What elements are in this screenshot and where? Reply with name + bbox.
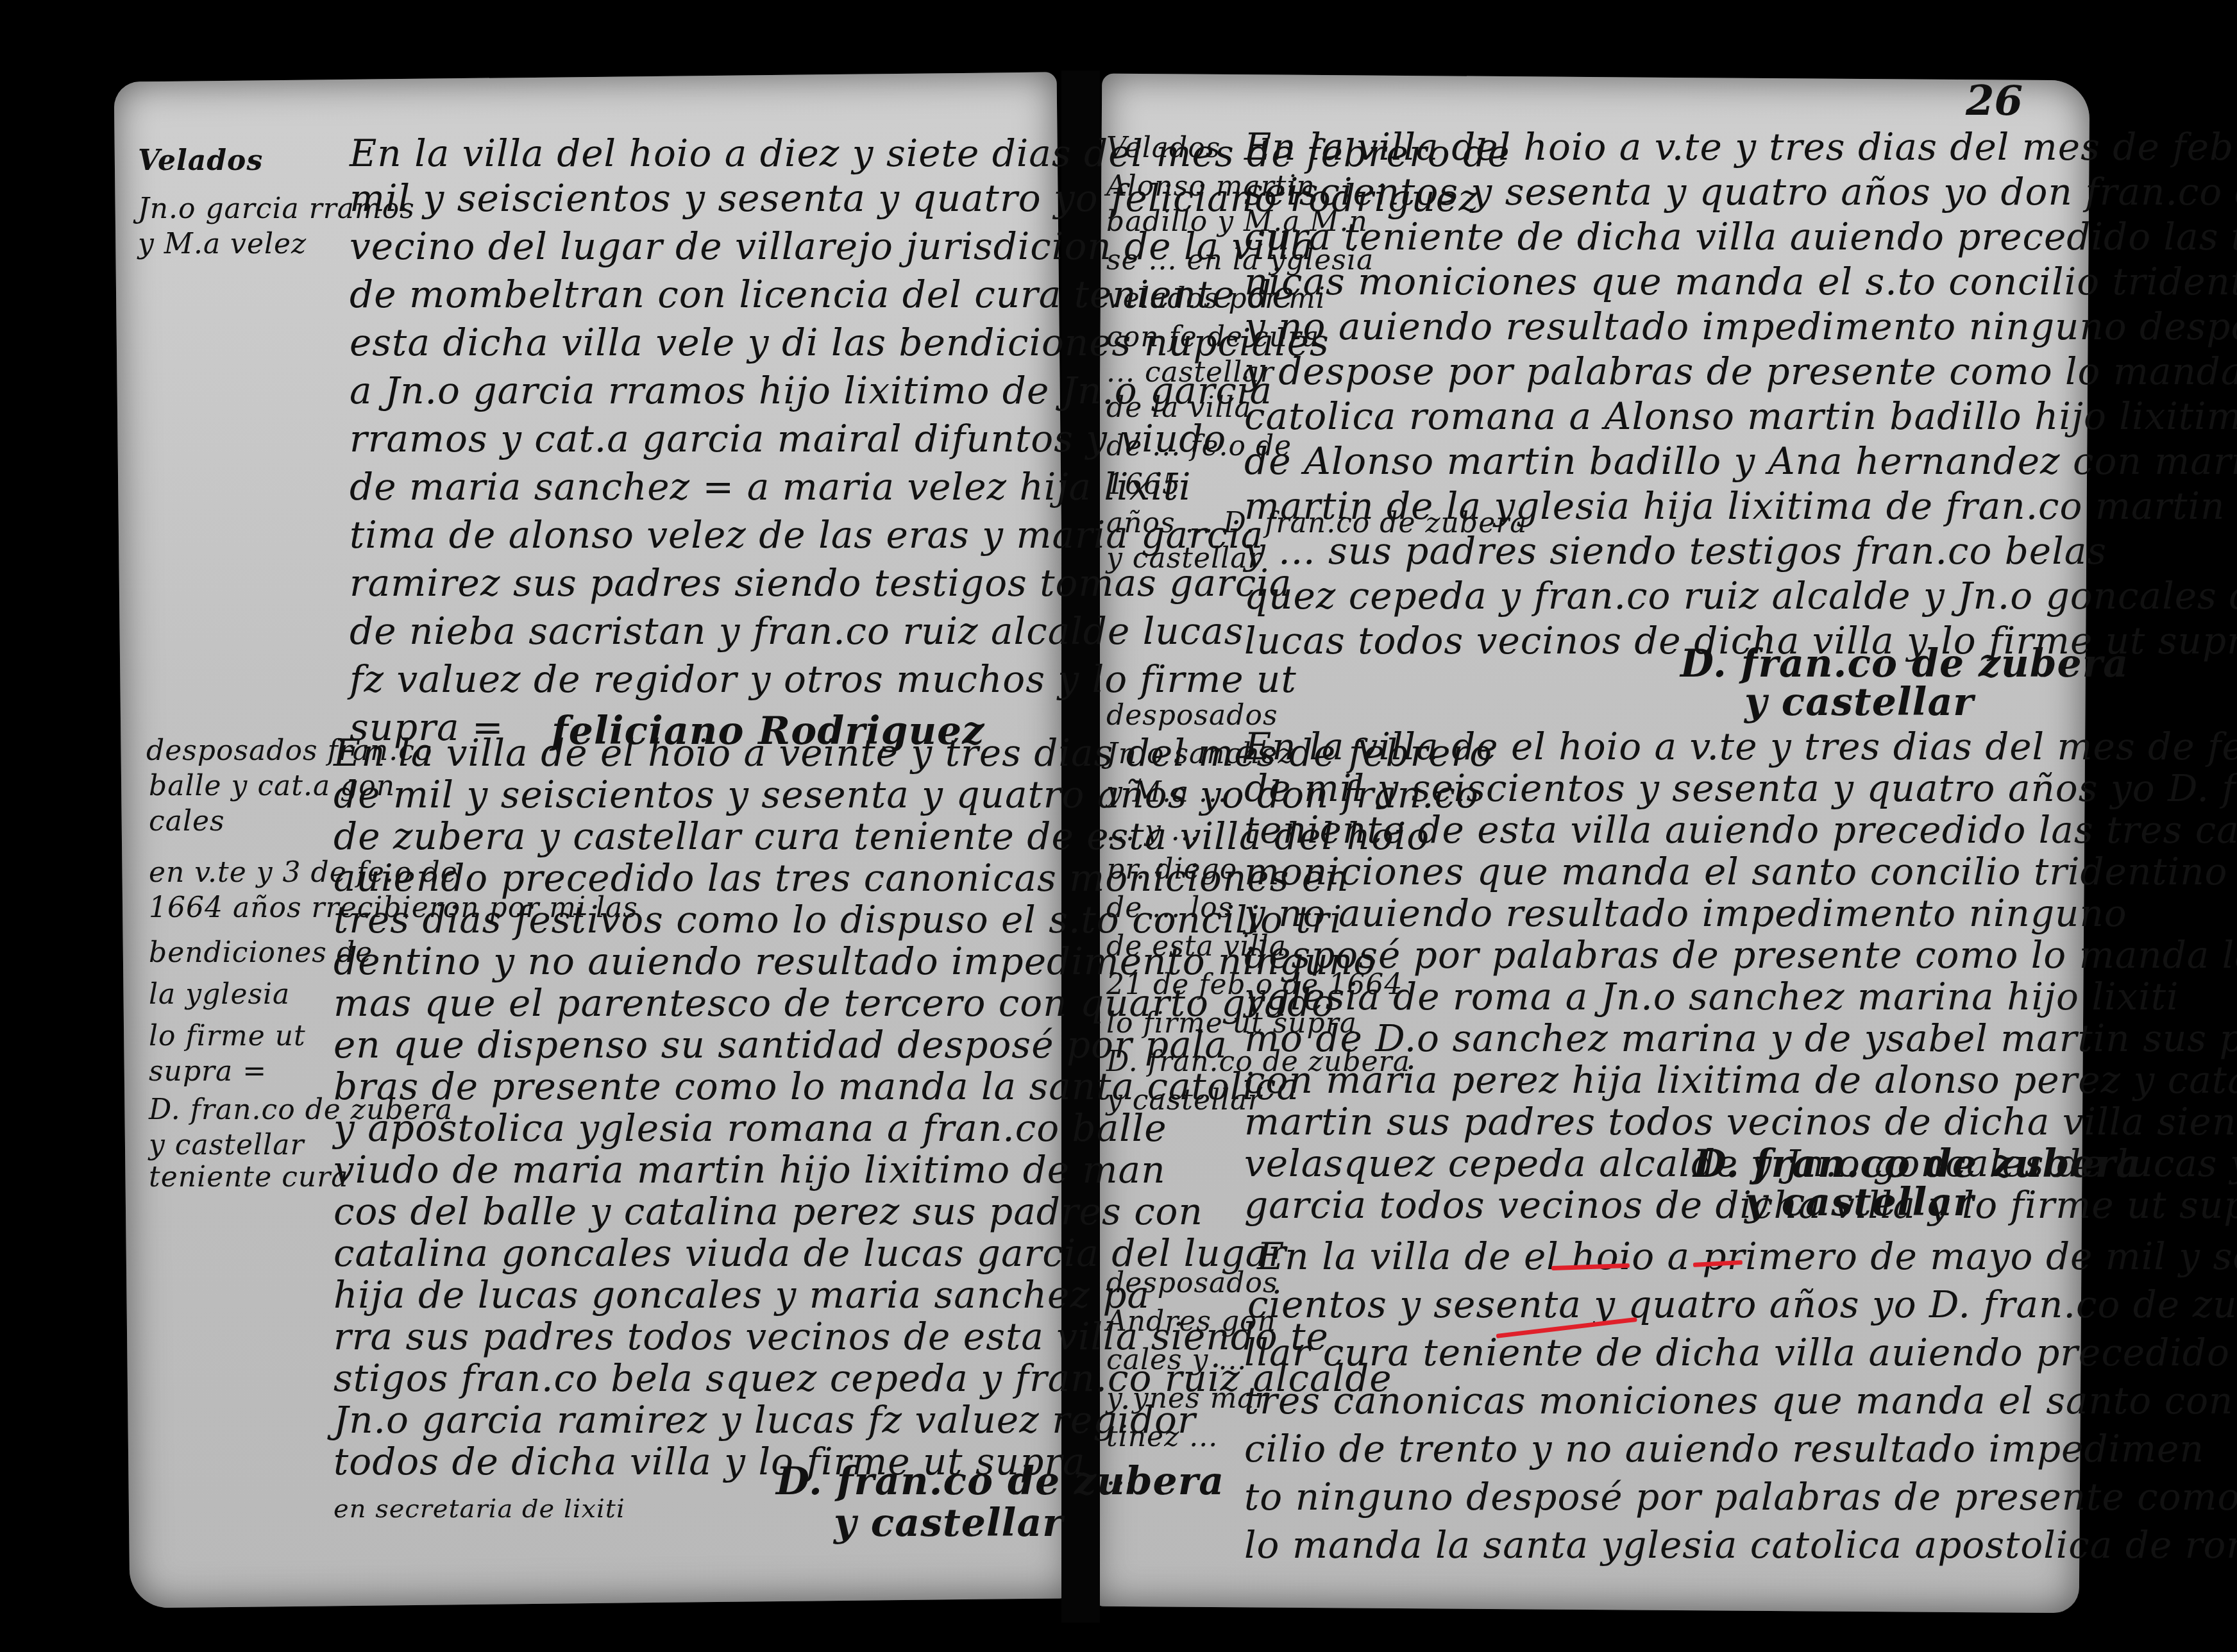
margin-heading: Velados: [138, 144, 263, 177]
margin-note: cales: [149, 805, 225, 838]
text-line: y ... sus padres siendo testigos fran.co…: [1244, 529, 2107, 573]
margin-note: supra =: [149, 1055, 267, 1088]
text-line: de Alonso martin badillo y Ana hernandez…: [1244, 439, 2237, 483]
text-line: martin sus padres todos vecinos de dicha…: [1244, 1100, 2237, 1143]
text-line: yglesia de roma a Jn.o sanchez marina hi…: [1244, 975, 2179, 1018]
text-line: En la villa de el hoio a v.te y tres dia…: [1244, 725, 2237, 768]
margin-note: 1665: [1106, 468, 1181, 501]
margin-note: ... y ...: [1106, 814, 1200, 847]
margin-note: y castellar: [1106, 1084, 1262, 1117]
margin-note: ...: [1106, 1459, 1135, 1492]
text-line: de nieba sacristan y fran.co ruiz alcald…: [350, 609, 1244, 653]
text-line: y despose por palabras de presente como …: [1244, 350, 2237, 393]
margin-note: y M.a velez: [138, 228, 307, 260]
text-line: desposé por palabras de presente como lo…: [1244, 933, 2237, 977]
text-line: de mil y seiscientos y sesenta y quatro …: [1244, 766, 2237, 810]
text-line: tres canonicas moniciones que manda el s…: [1244, 1379, 2233, 1422]
text-line: mo de D.o sanchez marina y de ysabel mar…: [1244, 1016, 2237, 1060]
signature: y castellar: [834, 1501, 1063, 1546]
margin-note: Velados: [1106, 131, 1220, 164]
text-line: en que dispenso su santidad desposé por …: [333, 1023, 1228, 1066]
text-line: y no auiendo resultado impedimento ningu…: [1244, 305, 2237, 348]
signature: y castellar: [1744, 680, 1974, 725]
text-line: de maria sanchez = a maria velez hija li…: [350, 465, 1192, 509]
text-line: catolica romana a Alonso martin badillo …: [1244, 394, 2237, 438]
text-line: lo manda la santa yglesia catolica apost…: [1244, 1523, 2237, 1567]
text-line: con maria perez hija lixitima de alonso …: [1244, 1058, 2237, 1102]
text-line: cientos y sesenta y quatro años yo D. fr…: [1247, 1283, 2237, 1326]
text-line: teniente de esta villa auiendo precedido…: [1244, 808, 2237, 852]
text-line: garcia todos vecinos de dicha villa y lo…: [1244, 1183, 2237, 1227]
text-line: y no auiendo resultado impedimento ningu…: [1244, 891, 2127, 935]
text-line: quez cepeda y fran.co ruiz alcalde y Jn.…: [1244, 574, 2237, 618]
signature: y castellar: [1744, 1180, 1974, 1225]
margin-note: tinez ...: [1106, 1420, 1218, 1453]
signature: D. fran.co de zubera: [776, 1459, 1224, 1504]
margin-note: y castellar: [1106, 542, 1262, 575]
text-line: En la villa de el hoio a primero de mayo…: [1257, 1235, 2237, 1278]
text-line: nicas moniciones que manda el s.to conci…: [1244, 260, 2237, 303]
text-line: rramos y cat.a garcia mairal difuntos y …: [350, 417, 1226, 460]
margin-note: y M.a ...: [1106, 776, 1228, 809]
text-line: En la villa del hoio a v.te y tres dias …: [1244, 125, 2237, 169]
margin-note: teniente cura: [149, 1161, 348, 1193]
text-line: y apostolica yglesia romana a fran.co ba…: [333, 1106, 1167, 1150]
text-line: cilio de trento y no auiendo resultado i…: [1244, 1427, 2204, 1471]
margin-note: la yglesia: [149, 978, 290, 1011]
folio-number: 26: [1966, 77, 2023, 125]
margin-note: y castellar: [149, 1129, 304, 1161]
text-line: cos del balle y catalina perez sus padre…: [333, 1190, 1203, 1233]
text-line: martin de la yglesia hija lixitima de fr…: [1244, 484, 2237, 528]
text-line: moniciones que manda el santo concilio t…: [1244, 850, 2227, 893]
margin-note: de ... los: [1106, 891, 1233, 924]
text-line: hija de lucas goncales y maria sanchez p…: [333, 1273, 1150, 1317]
margin-note: lo firme ut: [149, 1020, 306, 1052]
margin-note: pr. diego: [1106, 853, 1237, 886]
text-line: Jn.o garcia ramirez y lucas fz valuez re…: [333, 1398, 1196, 1442]
margin-note: de la villa: [1106, 391, 1252, 424]
margin-note: cales y ...: [1106, 1344, 1247, 1376]
text-line: llar cura teniente de dicha villa auiend…: [1244, 1331, 2237, 1374]
text-line: en secretaria de lixiti: [333, 1494, 625, 1524]
text-line: seiscientos y sesenta y quatro años yo d…: [1244, 170, 2237, 214]
text-line: cura teniente de dicha villa auiendo pre…: [1244, 215, 2237, 258]
text-line: viudo de maria martin hijo lixitimo de m…: [333, 1148, 1166, 1192]
text-line: fz valuez de regidor y otros muchos y lo…: [350, 657, 1297, 701]
text-line: to ninguno desposé por palabras de prese…: [1244, 1475, 2237, 1519]
